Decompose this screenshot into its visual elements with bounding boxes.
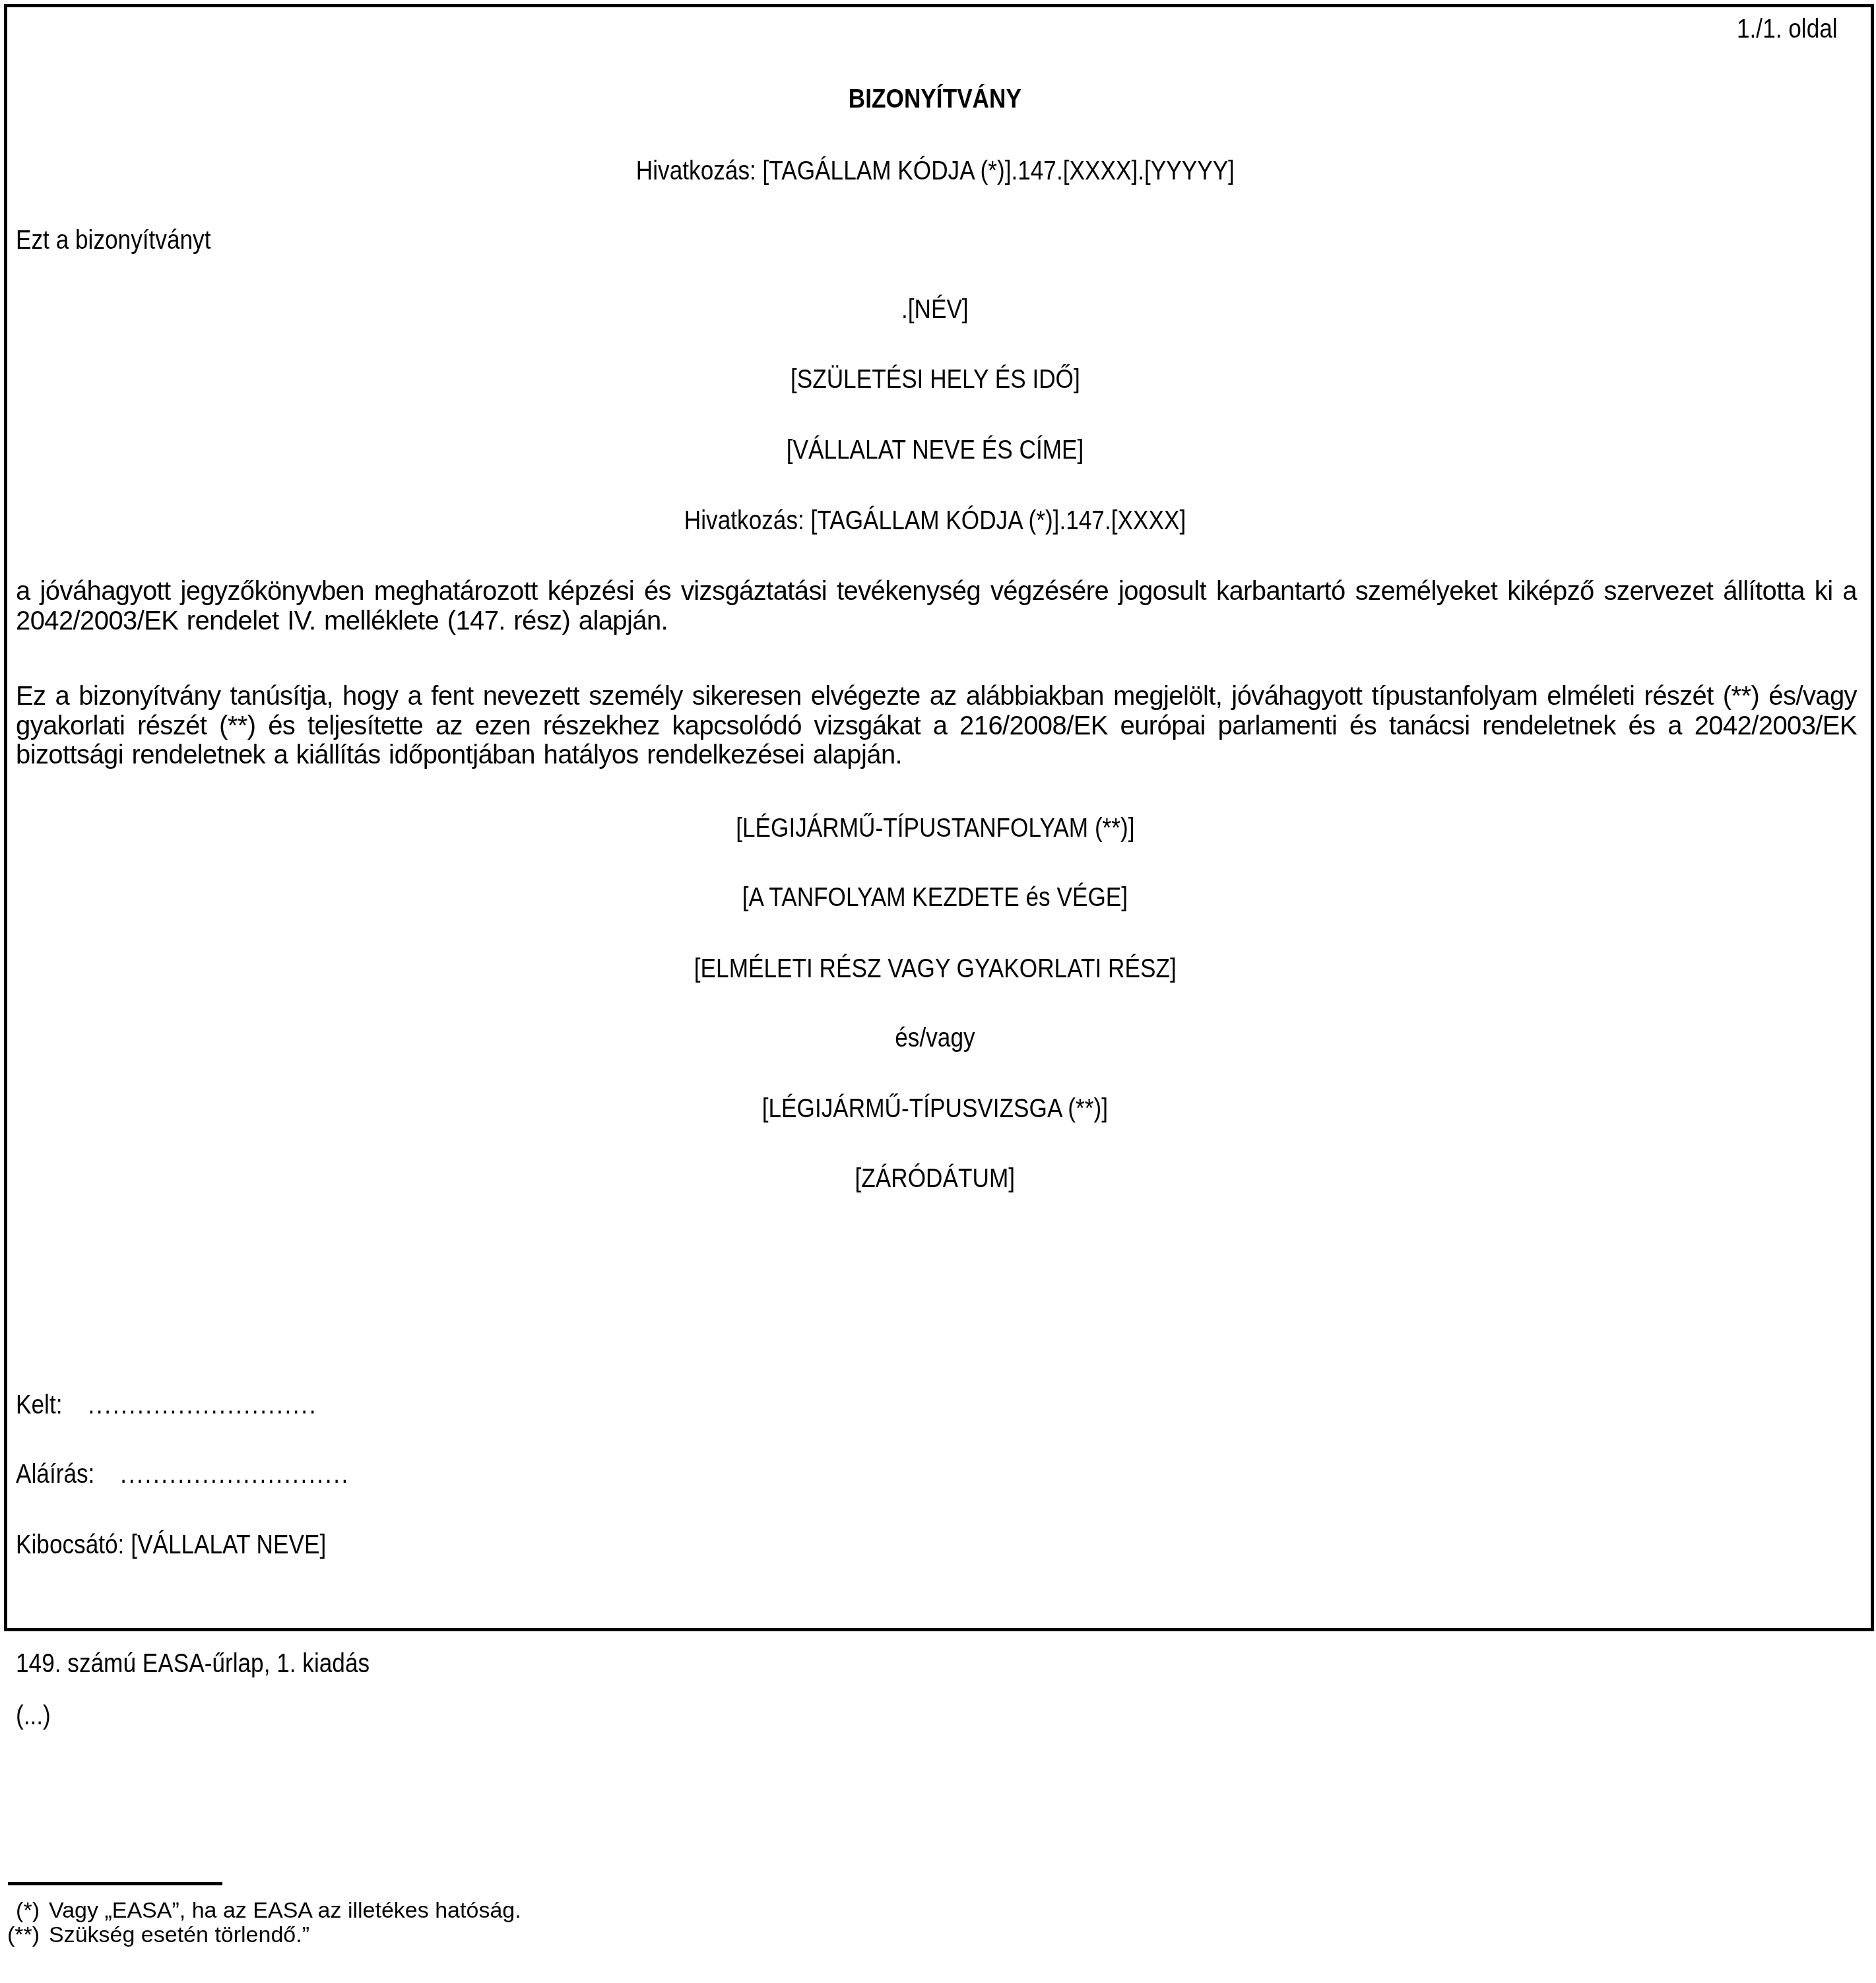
closing-date-field: [ZÁRÓDÁTUM] [0,1163,1870,1194]
company-field: [VÁLLALAT NEVE ÉS CÍME] [0,435,1870,465]
course-part-field: [ELMÉLETI RÉSZ VAGY GYAKORLATI RÉSZ] [0,954,1870,984]
footnote-2-text: Szükség esetén törlendő.” [49,1922,309,1947]
course-dates-field: [A TANFOLYAM KEZDETE és VÉGE] [0,882,1870,913]
page-indicator: 1./1. oldal [1737,14,1838,44]
footnote-2-marker: (**) [0,1922,40,1947]
birth-field: [SZÜLETÉSI HELY ÉS IDŐ] [0,364,1870,395]
reference-number: Hivatkozás: [TAGÁLLAM KÓDJA (*)].147.[XX… [0,156,1870,186]
footnote-1: (*)Vagy „EASA”, ha az EASA az illetékes … [0,1898,521,1923]
footnote-1-text: Vagy „EASA”, ha az EASA az illetékes hat… [49,1898,521,1923]
organisation-reference: Hivatkozás: [TAGÁLLAM KÓDJA (*)].147.[XX… [0,505,1870,536]
date-field[interactable]: ............................ [88,1390,317,1419]
aircraft-course-field: [LÉGIJÁRMŰ-TÍPUSTANFOLYAM (**)] [0,813,1870,843]
form-identifier: 149. számú EASA-űrlap, 1. kiadás [16,1648,370,1679]
name-field: .[NÉV] [0,294,1870,325]
issuer-row: Kibocsátó: [VÁLLALAT NEVE] [16,1530,326,1560]
footnote-1-marker: (*) [0,1898,40,1923]
date-label: Kelt: [16,1390,62,1419]
aircraft-exam-field: [LÉGIJÁRMŰ-TÍPUSVIZSGA (**)] [0,1093,1870,1124]
intro-text: Ezt a bizonyítványt [16,225,210,255]
signature-field[interactable]: ............................ [120,1460,350,1489]
and-or-text: és/vagy [0,1023,1870,1053]
signature-row: Aláírás: ............................ [16,1459,350,1489]
footnote-separator [8,1882,222,1885]
attestation-paragraph: Ez a bizonyítvány tanúsítja, hogy a fent… [16,682,1857,770]
signature-label: Aláírás: [16,1460,94,1489]
certificate-title: BIZONYÍTVÁNY [0,84,1870,114]
issuer-value: [VÁLLALAT NEVE] [131,1530,326,1559]
ellipsis-text: (...) [16,1701,51,1731]
issuer-label: Kibocsátó: [16,1530,124,1559]
issuance-paragraph: a jóváhagyott jegyzőkönyvben meghatározo… [16,577,1857,635]
footnote-2: (**)Szükség esetén törlendő.” [0,1922,309,1947]
date-row: Kelt: ............................ [16,1390,317,1420]
